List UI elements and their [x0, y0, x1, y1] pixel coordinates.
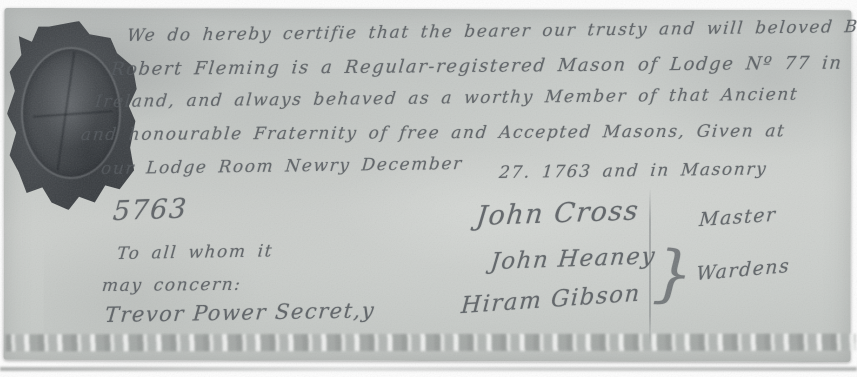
masonic-year: 5763 [112, 193, 189, 227]
torn-bottom-edge [6, 334, 856, 352]
salutation-line-1: To all whom it [116, 241, 274, 264]
paper-bottom-shadow [0, 367, 857, 371]
master-signature: John Cross [475, 195, 641, 232]
certificate-body-line-5b: 27. 1763 and in Masonry [498, 159, 768, 183]
certificate-body-line-4: and honourable Fraternity of free and Ac… [80, 121, 786, 145]
salutation-line-2: may concern: [101, 275, 242, 296]
wardens-brace: } [651, 236, 694, 311]
secretary-signature: Trevor Power Secret,y [104, 298, 376, 327]
